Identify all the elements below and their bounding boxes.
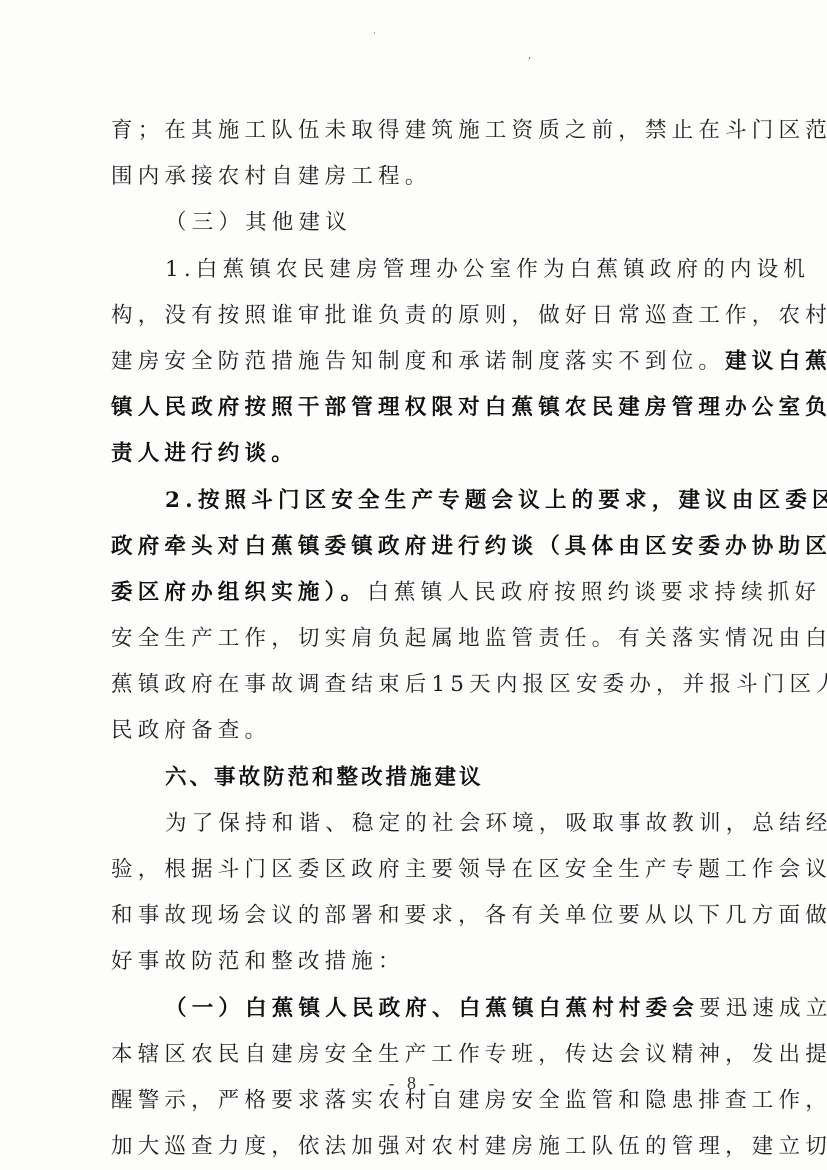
normal-text: 要迅速成立 [699, 996, 827, 1021]
paragraph-line: 建房安全防范措施告知制度和承诺制度落实不到位。建议白蕉 [111, 339, 715, 385]
bold-text: 委区府办组织实施）。 [111, 580, 367, 605]
body-text: 育；在其施工队伍未取得建筑施工资质之前，禁止在斗门区范 围内承接农村自建房工程。… [111, 108, 715, 1170]
paragraph-line: 本辖区农民自建房安全生产工作专班，传达会议精神，发出提 [111, 1032, 715, 1078]
scan-speck: ˙ [372, 32, 377, 43]
paragraph-line: 镇人民政府按照干部管理权限对白蕉镇农民建房管理办公室负 [111, 385, 715, 431]
paragraph-line: 好事故防范和整改措施： [111, 939, 715, 985]
paragraph-line: 政府牵头对白蕉镇委镇政府进行约谈（具体由区安委办协助区 [111, 524, 715, 570]
paragraph-line: 委区府办组织实施）。白蕉镇人民政府按照约谈要求持续抓好 [111, 570, 715, 616]
scan-speck: , [528, 50, 531, 61]
document-page: ˙ , 育；在其施工队伍未取得建筑施工资质之前，禁止在斗门区范 围内承接农村自建… [0, 0, 827, 1170]
normal-text: 建房安全防范措施告知制度和承诺制度落实不到位。 [111, 349, 725, 374]
bold-text: 建议白蕉 [725, 349, 827, 374]
page-number: - 8 - [0, 1073, 827, 1094]
paragraph-line: 加大巡查力度，依法加强对农村建房施工队伍的管理，建立切 [111, 1124, 715, 1170]
paragraph-line: 构，没有按照谁审批谁负责的原则，做好日常巡查工作，农村 [111, 293, 715, 339]
paragraph-line: 蕉镇政府在事故调查结束后15天内报区安委办，并报斗门区人 [111, 662, 715, 708]
subsection-heading: （三）其他建议 [111, 200, 715, 246]
paragraph-line: 责人进行约谈。 [111, 431, 715, 477]
paragraph-line: 民政府备查。 [111, 708, 715, 754]
paragraph-line: 育；在其施工队伍未取得建筑施工资质之前，禁止在斗门区范 [111, 108, 715, 154]
paragraph-line: （一）白蕉镇人民政府、白蕉镇白蕉村村委会要迅速成立 [111, 986, 715, 1032]
paragraph-line: 和事故现场会议的部署和要求，各有关单位要从以下几方面做 [111, 893, 715, 939]
paragraph-line: 为了保持和谐、稳定的社会环境，吸取事故教训，总结经 [111, 801, 715, 847]
section-heading: 六、事故防范和整改措施建议 [111, 755, 715, 801]
paragraph-line: 验，根据斗门区委区政府主要领导在区安全生产专题工作会议 [111, 847, 715, 893]
paragraph-line: 2.按照斗门区安全生产专题会议上的要求，建议由区委区 [111, 478, 715, 524]
paragraph-line: 安全生产工作，切实肩负起属地监管责任。有关落实情况由白 [111, 616, 715, 662]
paragraph-line: 1.白蕉镇农民建房管理办公室作为白蕉镇政府的内设机 [111, 247, 715, 293]
normal-text: 白蕉镇人民政府按照约谈要求持续抓好 [367, 580, 821, 605]
paragraph-line: 围内承接农村自建房工程。 [111, 154, 715, 200]
bold-text: （一）白蕉镇人民政府、白蕉镇白蕉村村委会 [165, 996, 699, 1021]
